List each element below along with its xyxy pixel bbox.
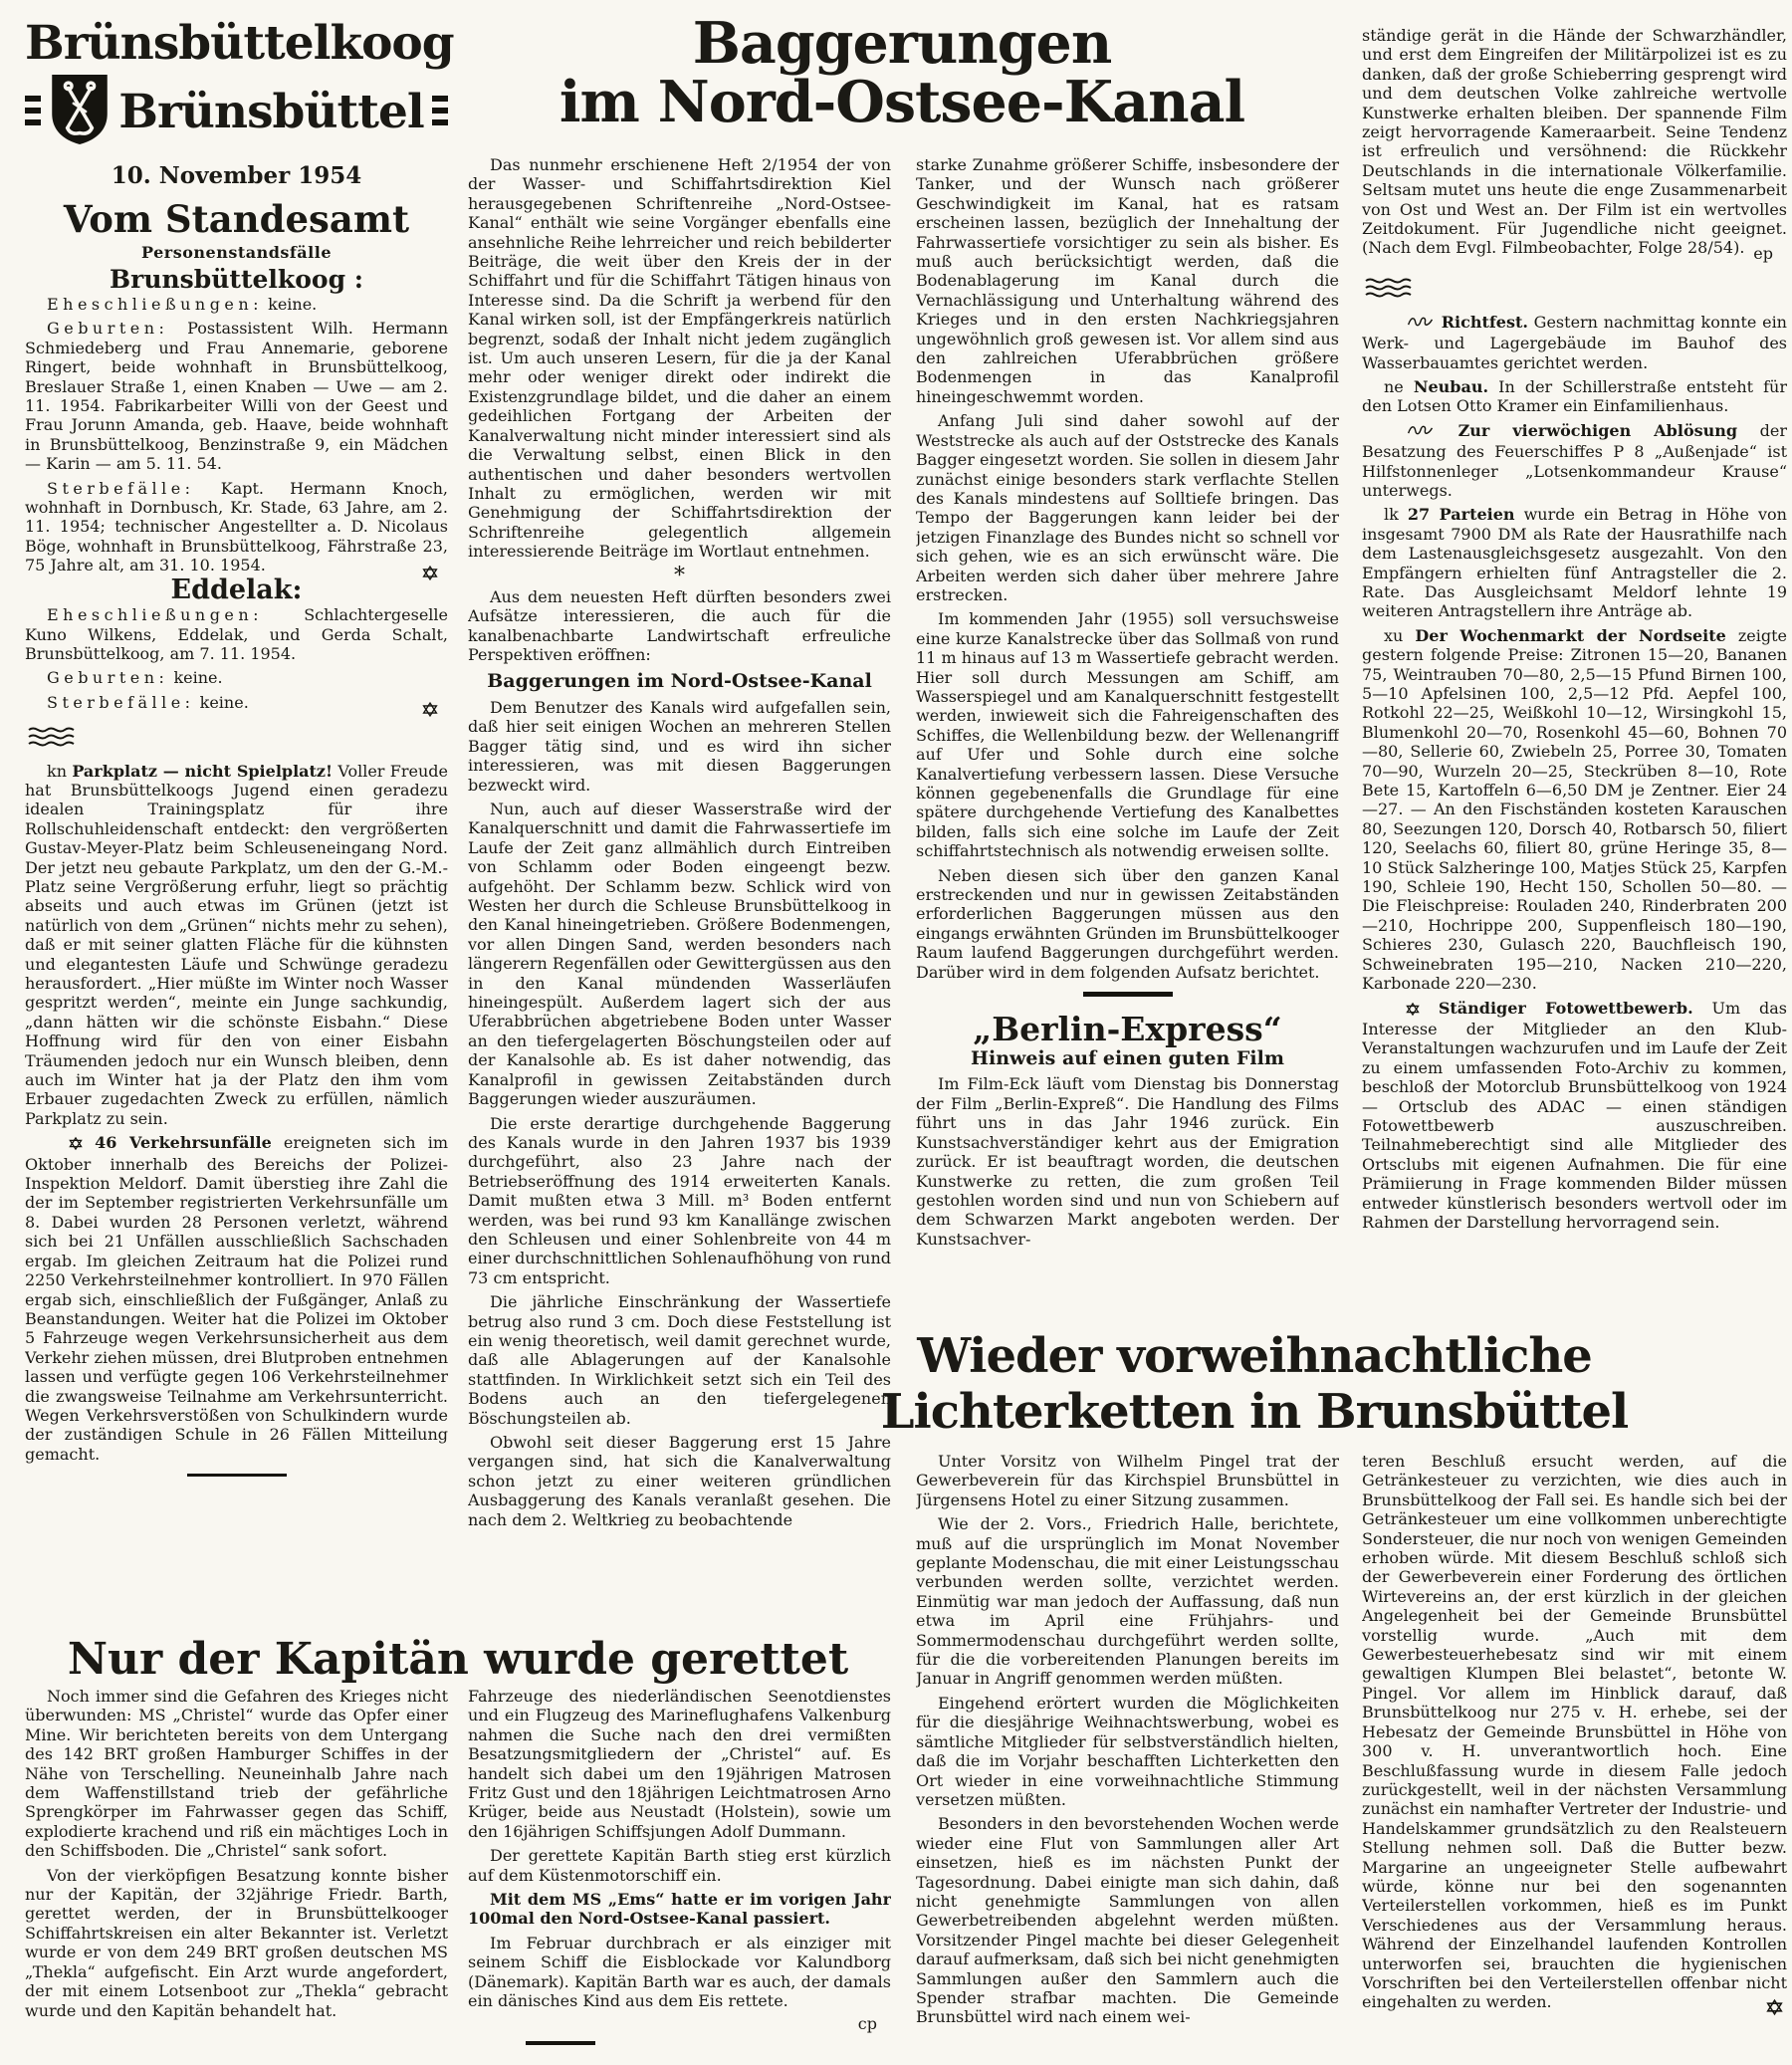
article-paragraph: Im Februar durchbrach er als einziger mi… bbox=[468, 1934, 891, 2011]
speed-lines-icon bbox=[25, 96, 41, 127]
article-paragraph: starke Zunahme größerer Schiffe, insbeso… bbox=[916, 155, 1339, 406]
record-paragraph: Geburten: Postassistent Wilh. Hermann Sc… bbox=[25, 319, 448, 473]
article-paragraph: teren Beschluß ersucht werden, auf die G… bbox=[1362, 1452, 1787, 2012]
issue-date: 10. November 1954 bbox=[25, 162, 448, 189]
star-icon bbox=[1384, 1001, 1420, 1020]
article-paragraph: Nun, auch auf dieser Wasserstraße wird d… bbox=[468, 800, 891, 1109]
article-paragraph: Neben diesen sich über den ganzen Kanal … bbox=[916, 866, 1339, 982]
record-paragraph: Eheschließungen: keine. bbox=[25, 295, 448, 314]
masthead-title-line2: Brünsbüttel bbox=[118, 89, 424, 135]
article-paragraph: Im kommenden Jahr (1955) soll versuchswe… bbox=[916, 609, 1339, 860]
newspaper-page: Brünsbüttelkoog Brünsbüttel 10. November… bbox=[0, 0, 1792, 2065]
wave-divider-icon bbox=[25, 726, 79, 752]
masthead-title-line1: Brünsbüttelkoog bbox=[25, 20, 448, 67]
kapitaen-column-right: Fahrzeuge des niederländischen Seenotdie… bbox=[468, 1687, 891, 2061]
news-item-verkehrsunfaelle: 46 Verkehrsunfälle ereigneten sich im Ok… bbox=[25, 1133, 448, 1464]
article-paragraph: Unter Vorsitz von Wilhelm Pingel trat de… bbox=[916, 1452, 1339, 1509]
column-1: Eheschließungen: keine. Geburten: Postas… bbox=[25, 295, 448, 1597]
article-paragraph: Fahrzeuge des niederländischen Seenotdie… bbox=[468, 1687, 891, 1841]
column-3: starke Zunahme größerer Schiffe, insbeso… bbox=[916, 155, 1339, 1324]
news-item-parkplatz: kn Parkplatz — nicht Spielplatz! Voller … bbox=[25, 762, 448, 1129]
article-paragraph: Der gerettete Kapitän Barth stieg erst k… bbox=[468, 1846, 891, 1885]
masthead: Brünsbüttelkoog Brünsbüttel 10. November… bbox=[25, 20, 448, 189]
article-paragraph: Aus dem neuesten Heft dürften besonders … bbox=[468, 587, 891, 665]
article-paragraph-bold: Mit dem MS „Ems“ hatte er im vorigen Jah… bbox=[468, 1890, 891, 1929]
article-paragraph: Noch immer sind die Gefahren des Krieges… bbox=[25, 1687, 448, 1861]
star-icon bbox=[422, 702, 438, 721]
asterisk-divider: * bbox=[468, 567, 891, 585]
article-end-rule bbox=[1083, 992, 1173, 997]
article-paragraph: Von der vierköpfigen Besatzung konnte bi… bbox=[25, 1866, 448, 2020]
record-paragraph: Sterbefälle: keine. bbox=[25, 693, 448, 712]
article-paragraph: ständige gerät in die Hände der Schwarzh… bbox=[1362, 26, 1787, 258]
correspondent-mark-icon bbox=[1384, 315, 1436, 334]
speed-lines-icon bbox=[432, 96, 448, 127]
star-icon bbox=[422, 566, 438, 584]
kapitaen-column-left: Noch immer sind die Gefahren des Krieges… bbox=[25, 1687, 448, 2061]
standesamt-heading: Vom Standesamt bbox=[25, 201, 448, 238]
place-heading-eddelak: Eddelak: bbox=[25, 580, 448, 599]
lichterketten-column-left: Unter Vorsitz von Wilhelm Pingel trat de… bbox=[916, 1452, 1339, 2061]
article-paragraph: Dem Benutzer des Kanals wird aufgefallen… bbox=[468, 698, 891, 795]
star-icon bbox=[47, 1135, 83, 1154]
correspondent-signature: cp bbox=[468, 2014, 877, 2033]
wave-divider-icon bbox=[1362, 277, 1416, 303]
article-paragraph: Eingehend erörtert wurden die Möglichkei… bbox=[916, 1694, 1339, 1809]
news-item-abloesung: Zur vierwöchigen Ablösung der Besatzung … bbox=[1362, 421, 1787, 501]
news-item-wochenmarkt: xu Der Wochenmarkt der Nordseite zeigte … bbox=[1362, 626, 1787, 994]
column-2: Das nunmehr erschienene Heft 2/1954 der … bbox=[468, 155, 891, 1601]
article-paragraph: Das nunmehr erschienene Heft 2/1954 der … bbox=[468, 155, 891, 562]
article-end-rule bbox=[526, 2041, 595, 2045]
column-4: ständige gerät in die Hände der Schwarzh… bbox=[1362, 26, 1787, 1316]
star-icon bbox=[1766, 1999, 1783, 2019]
kapitaen-headline: Nur der Kapitän wurde gerettet bbox=[25, 1638, 891, 1682]
record-paragraph: Eheschließungen: Schlachtergeselle Kuno … bbox=[25, 605, 448, 663]
article-paragraph: Die jährliche Einschränkung der Wasserti… bbox=[468, 1292, 891, 1428]
lichterketten-headline: Wieder vorweihnachtliche Lichterketten i… bbox=[876, 1328, 1633, 1440]
baggerungen-headline: Baggerungen im Nord-Ostsee-Kanal bbox=[468, 14, 1336, 132]
berlin-express-headline: „Berlin-Express“ bbox=[916, 1013, 1339, 1045]
article-paragraph: Obwohl seit dieser Baggerung erst 15 Jah… bbox=[468, 1433, 891, 1529]
record-paragraph: Geburten: keine. bbox=[25, 668, 448, 687]
article-paragraph: Im Film-Eck läuft vom Dienstag bis Donne… bbox=[916, 1074, 1339, 1249]
article-paragraph: Wie der 2. Vors., Friedrich Halle, beric… bbox=[916, 1514, 1339, 1689]
article-paragraph: Anfang Juli sind daher sowohl auf der We… bbox=[916, 411, 1339, 604]
article-paragraph: Besonders in den bevorstehenden Wochen w… bbox=[916, 1814, 1339, 2026]
lichterketten-column-right: teren Beschluß ersucht werden, auf die G… bbox=[1362, 1452, 1787, 2061]
news-item-neubau: ne Neubau. In der Schillerstraße entsteh… bbox=[1362, 377, 1787, 416]
city-crest-anchors-icon bbox=[49, 73, 111, 150]
article-paragraph: Die erste derartige durchgehende Baggeru… bbox=[468, 1114, 891, 1288]
record-paragraph: Sterbefälle: Kapt. Hermann Knoch, wohnha… bbox=[25, 479, 448, 575]
standesamt-header: Vom Standesamt Personenstandsfälle Bruns… bbox=[25, 201, 448, 294]
news-item-fotowettbewerb: Ständiger Fotowettbewerb. Um das Interes… bbox=[1362, 999, 1787, 1233]
place-heading-brunsbuettelkoog: Brunsbüttelkoog : bbox=[25, 265, 448, 294]
article-subhead: Baggerungen im Nord-Ostsee-Kanal bbox=[468, 672, 891, 691]
correspondent-mark-icon bbox=[1384, 423, 1436, 442]
berlin-express-subhead: Hinweis auf einen guten Film bbox=[916, 1049, 1339, 1068]
standesamt-subheading: Personenstandsfälle bbox=[25, 243, 448, 262]
news-item-parteien: lk 27 Parteien wurde ein Betrag in Höhe … bbox=[1362, 505, 1787, 620]
article-end-rule bbox=[187, 1474, 287, 1477]
news-item-richtfest: Richtfest. Gestern nachmittag konnte ein… bbox=[1362, 313, 1787, 372]
